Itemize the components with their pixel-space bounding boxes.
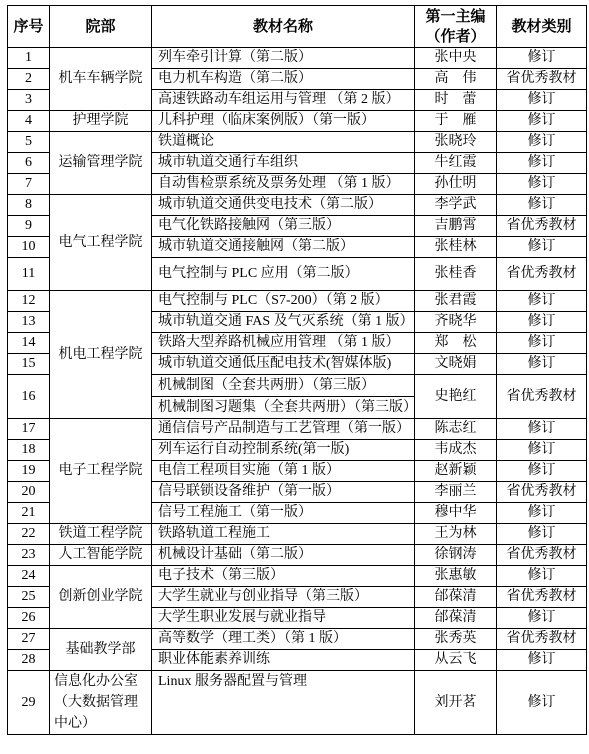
category-cell: 修订	[497, 132, 587, 153]
title-cell: 信号联锁设备维护（第一版）	[152, 482, 415, 503]
table-body: 1机车车辆学院列车牵引计算（第二版）张中央修订2电力机车构造（第二版）高 伟省优…	[8, 48, 587, 735]
department-cell: 电子工程学院	[50, 419, 152, 524]
table-row: 5运输管理学院铁道概论张晓玲修订	[8, 132, 587, 153]
title-cell: 信号工程施工（第一版）	[152, 503, 415, 524]
department-cell: 护理学院	[50, 111, 152, 132]
author-cell: 陈志红	[415, 419, 497, 440]
department-cell: 铁道工程学院	[50, 524, 152, 545]
author-cell: 邰葆清	[415, 587, 497, 608]
author-cell: 高 伟	[415, 69, 497, 90]
title-cell: 高等数学（理工类）（第 1 版）	[152, 629, 415, 650]
title-cell: 儿科护理（临床案例版）（第一版）	[152, 111, 415, 132]
serial-cell: 18	[8, 440, 50, 461]
serial-cell: 19	[8, 461, 50, 482]
category-cell: 修订	[497, 153, 587, 174]
author-cell: 吉鹏霄	[415, 216, 497, 237]
category-cell: 省优秀教材	[497, 69, 587, 90]
author-cell: 牛红霞	[415, 153, 497, 174]
title-cell: 职业体能素养训练	[152, 650, 415, 671]
title-cell: 铁路轨道工程施工	[152, 524, 415, 545]
department-cell: 创新创业学院	[50, 566, 152, 629]
title-cell: 电子技术（第三版）	[152, 566, 415, 587]
author-cell: 王为林	[415, 524, 497, 545]
author-cell: 邰葆清	[415, 608, 497, 629]
serial-cell: 25	[8, 587, 50, 608]
serial-cell: 1	[8, 48, 50, 69]
textbook-title: 机械制图（全套共两册）（第三版）	[152, 375, 414, 397]
table-row: 4护理学院儿科护理（临床案例版）（第一版）于 雁修订	[8, 111, 587, 132]
category-cell: 省优秀教材	[497, 258, 587, 291]
title-cell: 铁道概论	[152, 132, 415, 153]
author-cell: 韦成杰	[415, 440, 497, 461]
textbook-title: 机械制图习题集（全套共两册）（第三版）	[152, 397, 414, 418]
category-cell: 省优秀教材	[497, 545, 587, 566]
serial-cell: 2	[8, 69, 50, 90]
serial-cell: 20	[8, 482, 50, 503]
header-first-editor: 第一主编 （作者）	[415, 6, 497, 48]
category-cell: 省优秀教材	[497, 629, 587, 650]
header-textbook-name: 教材名称	[152, 6, 415, 48]
serial-cell: 29	[8, 671, 50, 735]
title-cell: 列车牵引计算（第二版）	[152, 48, 415, 69]
table-row: 24创新创业学院电子技术（第三版）张惠敏修订	[8, 566, 587, 587]
title-cell: 城市轨道交通接触网（第二版）	[152, 237, 415, 258]
title-cell: 电气控制与 PLC（S7-200）（第 2 版）	[152, 291, 415, 312]
table-header-row: 序号 院部 教材名称 第一主编 （作者） 教材类别	[8, 6, 587, 48]
category-cell: 修订	[497, 354, 587, 375]
title-cell: 自动售检票系统及票务处理 （第 1 版）	[152, 174, 415, 195]
department-cell: 信息化办公室（大数据管理中心）	[50, 671, 152, 735]
title-cell: 电信工程项目实施（第 1 版）	[152, 461, 415, 482]
author-cell: 张桂林	[415, 237, 497, 258]
header-serial: 序号	[8, 6, 50, 48]
author-cell: 从云飞	[415, 650, 497, 671]
department-cell: 电气工程学院	[50, 195, 152, 291]
category-cell: 修订	[497, 237, 587, 258]
category-cell: 修订	[497, 291, 587, 312]
author-cell: 郑 松	[415, 333, 497, 354]
category-cell: 修订	[497, 461, 587, 482]
category-cell: 修订	[497, 419, 587, 440]
table-row: 8电气工程学院城市轨道交通供变电技术（第二版）李学武修订	[8, 195, 587, 216]
title-cell: 高速铁路动车组运用与管理 （第 2 版）	[152, 90, 415, 111]
category-cell: 修订	[497, 524, 587, 545]
category-cell: 修订	[497, 671, 587, 735]
serial-cell: 7	[8, 174, 50, 195]
author-cell: 李学武	[415, 195, 497, 216]
author-cell: 张秀英	[415, 629, 497, 650]
author-cell: 时 蕾	[415, 90, 497, 111]
category-cell: 修订	[497, 48, 587, 69]
category-cell: 修订	[497, 650, 587, 671]
serial-cell: 24	[8, 566, 50, 587]
serial-cell: 6	[8, 153, 50, 174]
document-page: 序号 院部 教材名称 第一主编 （作者） 教材类别 1机车车辆学院列车牵引计算（…	[0, 0, 589, 754]
table-row: 23人工智能学院机械设计基础（第二版）徐钢涛省优秀教材	[8, 545, 587, 566]
author-cell: 穆中华	[415, 503, 497, 524]
category-cell: 省优秀教材	[497, 216, 587, 237]
category-cell: 修订	[497, 312, 587, 333]
serial-cell: 4	[8, 111, 50, 132]
serial-cell: 22	[8, 524, 50, 545]
author-cell: 于 雁	[415, 111, 497, 132]
category-cell: 修订	[497, 111, 587, 132]
author-cell: 张中央	[415, 48, 497, 69]
serial-cell: 12	[8, 291, 50, 312]
serial-cell: 17	[8, 419, 50, 440]
author-cell: 赵新颖	[415, 461, 497, 482]
serial-cell: 13	[8, 312, 50, 333]
category-cell: 省优秀教材	[497, 375, 587, 419]
title-cell: 电气控制与 PLC 应用（第二版）	[152, 258, 415, 291]
title-cell: 大学生就业与创业指导（第三版）	[152, 587, 415, 608]
serial-cell: 15	[8, 354, 50, 375]
author-cell: 齐晓华	[415, 312, 497, 333]
author-cell: 李丽兰	[415, 482, 497, 503]
table-row: 12机电工程学院电气控制与 PLC（S7-200）（第 2 版）张君霞修订	[8, 291, 587, 312]
category-cell: 修订	[497, 503, 587, 524]
serial-cell: 16	[8, 375, 50, 419]
author-cell: 孙仕明	[415, 174, 497, 195]
author-cell: 张桂香	[415, 258, 497, 291]
author-cell: 张晓玲	[415, 132, 497, 153]
title-cell: 城市轨道交通行车组织	[152, 153, 415, 174]
department-cell: 基础教学部	[50, 629, 152, 671]
title-cell: 城市轨道交通 FAS 及气灭系统（第 1 版）	[152, 312, 415, 333]
category-cell: 修订	[497, 195, 587, 216]
category-cell: 修订	[497, 90, 587, 111]
author-cell: 张惠敏	[415, 566, 497, 587]
author-cell: 徐钢涛	[415, 545, 497, 566]
header-department: 院部	[50, 6, 152, 48]
category-cell: 修订	[497, 608, 587, 629]
author-cell: 文晓娟	[415, 354, 497, 375]
table-row: 29信息化办公室（大数据管理中心）Linux 服务器配置与管理刘开茗修订	[8, 671, 587, 735]
category-cell: 修订	[497, 566, 587, 587]
department-cell: 人工智能学院	[50, 545, 152, 566]
title-cell: 机械设计基础（第二版）	[152, 545, 415, 566]
title-cell: Linux 服务器配置与管理	[152, 671, 415, 735]
category-cell: 修订	[497, 440, 587, 461]
serial-cell: 23	[8, 545, 50, 566]
serial-cell: 8	[8, 195, 50, 216]
title-cell: 机械制图（全套共两册）（第三版）机械制图习题集（全套共两册）（第三版）	[152, 375, 415, 419]
table-row: 27基础教学部高等数学（理工类）（第 1 版）张秀英省优秀教材	[8, 629, 587, 650]
textbook-table: 序号 院部 教材名称 第一主编 （作者） 教材类别 1机车车辆学院列车牵引计算（…	[7, 5, 587, 735]
serial-cell: 26	[8, 608, 50, 629]
serial-cell: 14	[8, 333, 50, 354]
author-cell: 史艳红	[415, 375, 497, 419]
header-category: 教材类别	[497, 6, 587, 48]
category-cell: 省优秀教材	[497, 587, 587, 608]
department-cell: 机车车辆学院	[50, 48, 152, 111]
serial-cell: 5	[8, 132, 50, 153]
title-cell: 列车运行自动控制系统(第一版)	[152, 440, 415, 461]
department-cell: 运输管理学院	[50, 132, 152, 195]
title-cell: 铁路大型养路机械应用管理 （第 1 版）	[152, 333, 415, 354]
department-cell: 机电工程学院	[50, 291, 152, 419]
table-row: 1机车车辆学院列车牵引计算（第二版）张中央修订	[8, 48, 587, 69]
title-cell: 城市轨道交通低压配电技术(智媒体版)	[152, 354, 415, 375]
title-cell: 电气化铁路接触网（第三版）	[152, 216, 415, 237]
category-cell: 修订	[497, 333, 587, 354]
author-cell: 张君霞	[415, 291, 497, 312]
title-cell: 电力机车构造（第二版）	[152, 69, 415, 90]
serial-cell: 27	[8, 629, 50, 650]
title-cell: 城市轨道交通供变电技术（第二版）	[152, 195, 415, 216]
table-row: 22铁道工程学院铁路轨道工程施工王为林修订	[8, 524, 587, 545]
table-row: 17电子工程学院通信信号产品制造与工艺管理（第一版）陈志红修订	[8, 419, 587, 440]
serial-cell: 28	[8, 650, 50, 671]
serial-cell: 3	[8, 90, 50, 111]
author-cell: 刘开茗	[415, 671, 497, 735]
serial-cell: 21	[8, 503, 50, 524]
title-split-group: 机械制图（全套共两册）（第三版）机械制图习题集（全套共两册）（第三版）	[152, 375, 414, 418]
serial-cell: 10	[8, 237, 50, 258]
title-cell: 大学生职业发展与就业指导	[152, 608, 415, 629]
title-cell: 通信信号产品制造与工艺管理（第一版）	[152, 419, 415, 440]
serial-cell: 9	[8, 216, 50, 237]
category-cell: 修订	[497, 174, 587, 195]
serial-cell: 11	[8, 258, 50, 291]
category-cell: 省优秀教材	[497, 482, 587, 503]
